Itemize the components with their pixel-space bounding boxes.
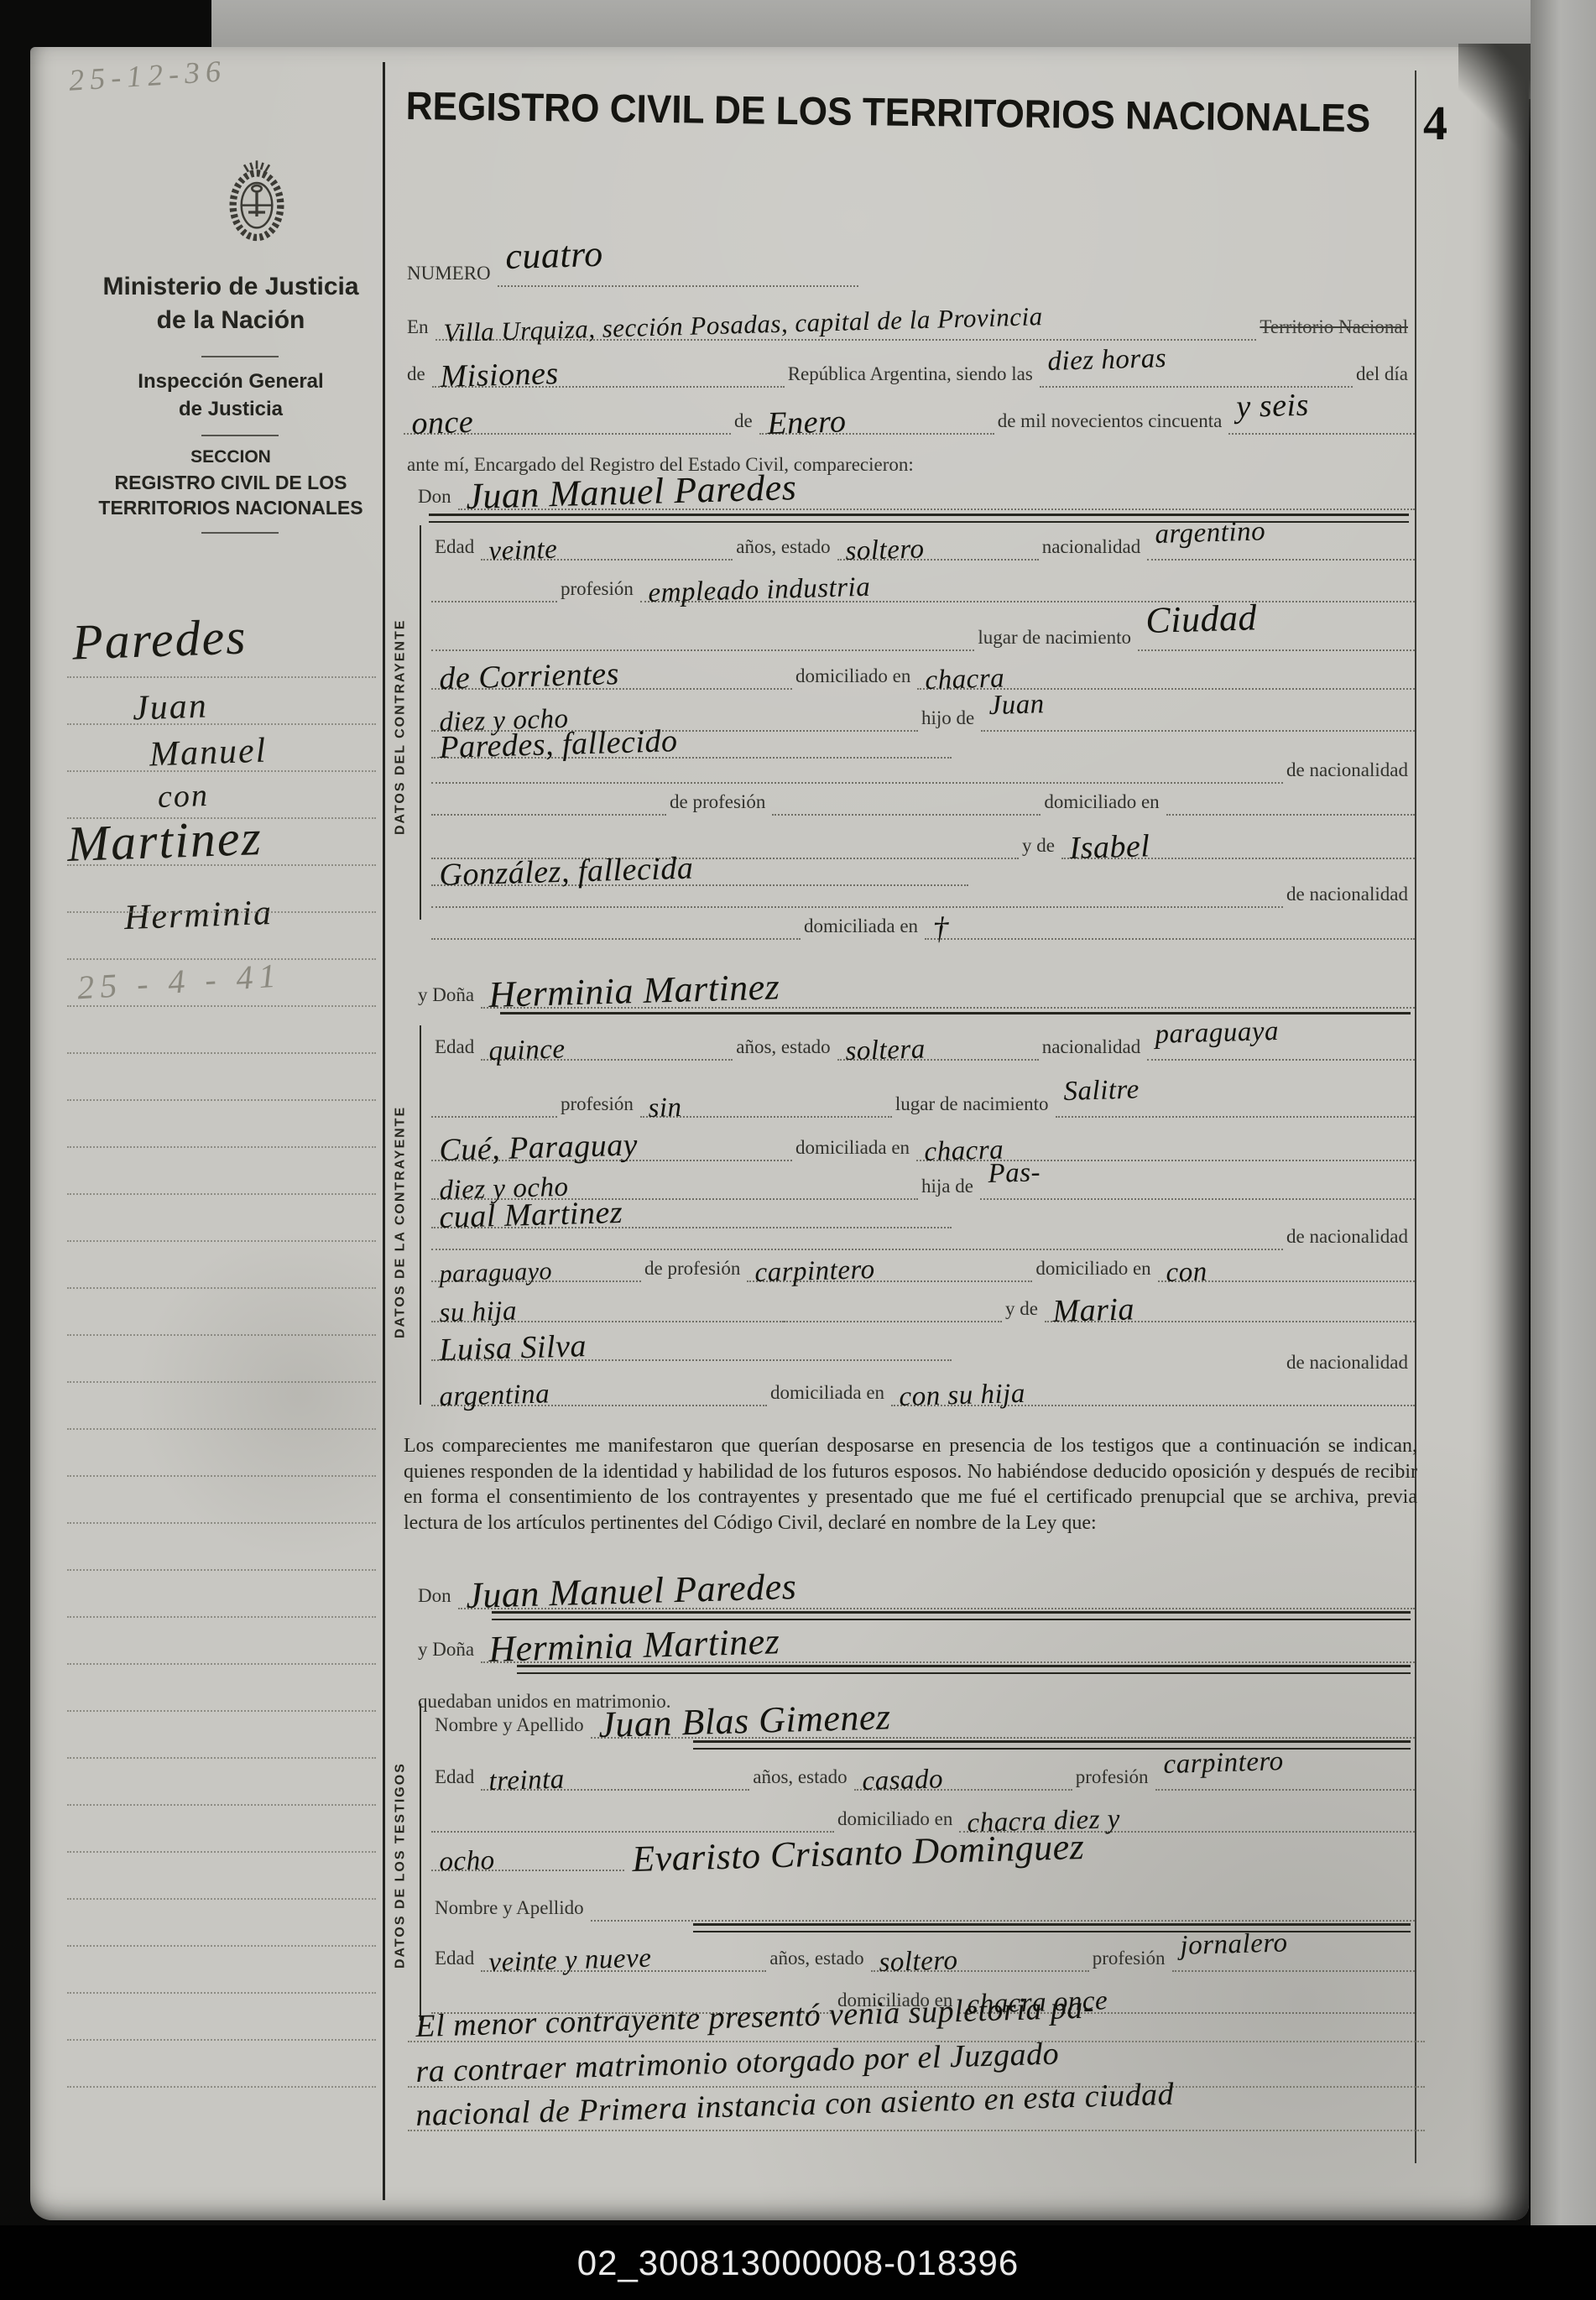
handwritten-value: cuatro bbox=[504, 236, 602, 275]
printed-label: y Doña bbox=[415, 1639, 481, 1663]
dotted-underline: Misiones bbox=[432, 386, 785, 388]
dotted-underline: con su hija bbox=[891, 1405, 1415, 1406]
margin-ruled-line bbox=[67, 1052, 376, 1054]
dotted-underline: soltero bbox=[837, 559, 1039, 561]
field-row-witness2-edad: Edad veinte y nueve años, estado soltero… bbox=[431, 1933, 1415, 1972]
printed-label: Edad bbox=[431, 1948, 481, 1972]
margin-ruled-line bbox=[67, 1804, 376, 1806]
handwritten-value: † bbox=[932, 912, 950, 945]
handwritten-note: El menor contrayente presentó venia supl… bbox=[415, 1991, 1094, 2042]
section-label-groom: DATOS DEL CONTRAYENTE bbox=[388, 550, 413, 903]
ministry-line2: de la Nación bbox=[79, 304, 383, 337]
margin-index-name-groom-2: Manuel bbox=[149, 733, 268, 773]
printed-label: Nombre y Apellido bbox=[431, 1897, 591, 1922]
printed-label: Nombre y Apellido bbox=[431, 1714, 591, 1739]
handwritten-value: Herminia Martinez bbox=[488, 1623, 780, 1668]
dotted-underline: Juan Blas Gimenez bbox=[591, 1737, 1415, 1739]
handwritten-value: argentina bbox=[439, 1380, 550, 1411]
dotted-underline: carpintero bbox=[1155, 1789, 1415, 1791]
margin-ruled-line bbox=[67, 1475, 376, 1477]
dotted-underline: soltera bbox=[837, 1059, 1039, 1061]
printed-label: domiciliado en bbox=[792, 665, 917, 690]
printed-label: Don bbox=[415, 486, 458, 510]
inspeccion-title: Inspección General de Justicia bbox=[96, 368, 366, 423]
printed-label: profesión bbox=[1072, 1766, 1155, 1791]
handwritten-value: carpintero bbox=[1163, 1748, 1284, 1779]
margin-index-name-groom-1: Juan bbox=[132, 688, 208, 726]
margin-ruled-line bbox=[67, 864, 376, 866]
field-row-groom-padre-prof: de profesión domiciliado en bbox=[431, 777, 1415, 816]
field-row-bride-profesion: profesión sin lugar de nacimiento Salitr… bbox=[431, 1079, 1415, 1118]
margin-index-surname-groom: Paredes bbox=[71, 611, 248, 667]
field-row-witness2-nombre: Nombre y Apellido bbox=[431, 1883, 1415, 1922]
section-bracket bbox=[420, 1703, 421, 2021]
field-row-witness1-nombre: Nombre y Apellido Juan Blas Gimenez bbox=[431, 1700, 1415, 1739]
margin-ruled-line bbox=[67, 1146, 376, 1148]
sidebar-divider bbox=[201, 532, 279, 534]
field-row-witness1-dom: domiciliado en chacra diez y bbox=[431, 1794, 1415, 1833]
dotted-underline: argentina bbox=[431, 1405, 767, 1406]
handwritten-note: nacional de Primera instancia con asient… bbox=[415, 2078, 1175, 2131]
dotted-underline: ocho bbox=[431, 1870, 624, 1871]
handwritten-value: Juan Manuel Paredes bbox=[465, 1568, 796, 1614]
margin-index-con: con bbox=[157, 780, 209, 813]
field-row-groom-profesion: profesión empleado industria bbox=[431, 564, 1415, 602]
handwritten-value: empleado industria bbox=[648, 574, 871, 608]
dotted-underline: empleado industria bbox=[640, 601, 1415, 602]
field-row-witness1-edad: Edad treinta años, estado casado profesi… bbox=[431, 1752, 1415, 1791]
printed-label: Edad bbox=[431, 1766, 481, 1791]
field-row-witness1-dom-2: ocho Evaristo Crisanto Dominguez bbox=[431, 1833, 1415, 1871]
field-row-bride-edad: Edad quince años, estado soltera naciona… bbox=[431, 1022, 1415, 1061]
handwritten-value: treinta bbox=[488, 1765, 565, 1796]
printed-label: nacionalidad bbox=[1039, 536, 1148, 561]
handwritten-value: soltero bbox=[845, 535, 925, 566]
dotted-underline: Salitre bbox=[1056, 1116, 1415, 1118]
printed-label: Don bbox=[415, 1585, 458, 1609]
margin-ruled-line bbox=[67, 1616, 376, 1618]
dotted-underline: Villa Urquiza, sección Posadas, capital … bbox=[436, 339, 1257, 341]
field-row-lugar-acta: En Villa Urquiza, sección Posadas, capit… bbox=[404, 302, 1415, 341]
handwritten-value: jornalero bbox=[1180, 1929, 1288, 1960]
printed-label: profesión bbox=[557, 578, 640, 602]
seccion-line1: SECCION bbox=[79, 445, 383, 470]
handwritten-value: veinte bbox=[488, 536, 558, 566]
seccion-line2: REGISTRO CIVIL DE LOS bbox=[79, 470, 383, 495]
margin-ruled-line bbox=[67, 723, 376, 725]
printed-label: de bbox=[404, 363, 432, 388]
dotted-underline bbox=[431, 938, 801, 940]
dotted-underline: once bbox=[404, 433, 731, 435]
field-row-groom-madre-dom: domiciliada en † bbox=[431, 901, 1415, 940]
register-page: 25-12-36 Ministerio de Justicia de la Na… bbox=[30, 47, 1529, 2220]
handwritten-value: Misiones bbox=[440, 357, 559, 393]
margin-ruled-line bbox=[67, 1522, 376, 1524]
printed-label: Edad bbox=[431, 536, 481, 561]
form-right-rule bbox=[1415, 70, 1416, 2163]
handwritten-value: y seis bbox=[1236, 389, 1309, 423]
handwritten-value: once bbox=[411, 406, 474, 440]
margin-ruled-line bbox=[67, 2039, 376, 2041]
dotted-underline: Herminia Martinez bbox=[481, 1661, 1415, 1663]
handwritten-value: soltero bbox=[879, 1947, 958, 1977]
marginal-note-line: nacional de Primera instancia con asient… bbox=[408, 2084, 1425, 2131]
margin-ruled-line bbox=[67, 1381, 376, 1383]
handwritten-value: Pas- bbox=[988, 1159, 1041, 1188]
field-row-declaration-don: Don Juan Manuel Paredes bbox=[415, 1571, 1415, 1609]
handwritten-value: quince bbox=[488, 1035, 566, 1066]
dotted-underline: sin bbox=[640, 1116, 892, 1118]
handwritten-value: Evaristo Crisanto Dominguez bbox=[632, 1828, 1085, 1878]
dotted-underline: carpintero bbox=[747, 1280, 1032, 1282]
double-rule bbox=[693, 1740, 1411, 1750]
field-row-bride-padre-prof: paraguayo de profesión carpintero domici… bbox=[431, 1244, 1415, 1282]
margin-ruled-line bbox=[67, 1992, 376, 1994]
printed-label-struck: Territorio Nacional bbox=[1256, 316, 1415, 341]
handwritten-value: diez horas bbox=[1047, 345, 1166, 376]
printed-label: de mil novecientos cincuenta bbox=[994, 410, 1229, 435]
margin-ruled-line bbox=[67, 1428, 376, 1430]
single-rule bbox=[500, 1012, 1411, 1014]
dotted-underline bbox=[431, 814, 666, 816]
margin-ruled-line bbox=[67, 1099, 376, 1101]
margin-ruled-line bbox=[67, 1287, 376, 1289]
margin-ruled-line bbox=[67, 1710, 376, 1712]
sidebar-form-divider bbox=[383, 62, 385, 2200]
field-row-fecha: once de Enero de mil novecientos cincuen… bbox=[404, 396, 1415, 435]
double-rule bbox=[492, 1611, 1411, 1620]
dotted-underline bbox=[591, 1920, 1415, 1922]
inspeccion-line2: de Justicia bbox=[96, 395, 366, 423]
field-row-bride-domicilio: Cué, Paraguay domiciliada en chacra bbox=[431, 1123, 1415, 1161]
dotted-underline bbox=[772, 814, 1041, 816]
pencil-date-top: 25-12-36 bbox=[68, 55, 227, 95]
dotted-underline bbox=[1166, 814, 1415, 816]
dotted-underline: treinta bbox=[481, 1789, 749, 1791]
dotted-underline: cuatro bbox=[498, 285, 858, 287]
margin-index-name-bride: Herminia bbox=[123, 895, 273, 936]
margin-ruled-line bbox=[67, 1757, 376, 1759]
sidebar-divider bbox=[201, 356, 279, 357]
printed-label: profesión bbox=[1089, 1948, 1172, 1972]
section-label-witnesses: DATOS DE LOS TESTIGOS bbox=[388, 1718, 413, 2012]
section-label-bride: DATOS DE LA CONTRAYENTE bbox=[388, 1041, 413, 1402]
field-row-territorio-hora: de Misiones República Argentina, siendo … bbox=[404, 349, 1415, 388]
printed-label: En bbox=[404, 316, 436, 341]
dotted-underline: † bbox=[925, 938, 1415, 940]
handwritten-value: paraguayo bbox=[439, 1259, 552, 1287]
handwritten-value: argentino bbox=[1155, 518, 1265, 549]
margin-ruled-line bbox=[67, 911, 376, 913]
page-title: REGISTRO CIVIL DE LOS TERRITORIOS NACION… bbox=[405, 86, 1370, 138]
legal-paragraph: Los comparecientes me manifestaron que q… bbox=[404, 1433, 1417, 1536]
printed-label: lugar de nacimiento bbox=[974, 627, 1138, 651]
folio-number: 4 bbox=[1423, 99, 1447, 148]
dotted-underline: chacra bbox=[917, 688, 1415, 690]
handwritten-value: Enero bbox=[767, 405, 847, 440]
dotted-underline: y seis bbox=[1228, 433, 1415, 435]
handwritten-value: soltera bbox=[845, 1035, 926, 1066]
printed-label: NUMERO bbox=[404, 263, 498, 287]
field-row-dona-bride: y Doña Herminia Martinez bbox=[415, 970, 1415, 1009]
printed-label: y Doña bbox=[415, 984, 481, 1009]
printed-label: años, estado bbox=[733, 1036, 837, 1061]
printed-label: nacionalidad bbox=[1039, 1036, 1148, 1061]
printed-label: de bbox=[731, 410, 759, 435]
sidebar-divider bbox=[201, 435, 279, 436]
margin-ruled-line bbox=[67, 1663, 376, 1665]
dotted-underline: soltero bbox=[871, 1970, 1089, 1972]
field-row-bride-madre: su hija y de Maria bbox=[431, 1284, 1415, 1322]
dotted-underline bbox=[431, 1116, 557, 1118]
pencil-date-margin: 25 - 4 - 41 bbox=[76, 959, 283, 1005]
printed-label: lugar de nacimiento bbox=[892, 1093, 1056, 1118]
section-bracket bbox=[420, 1025, 421, 1405]
printed-label: profesión bbox=[557, 1093, 640, 1118]
dotted-underline: veinte bbox=[481, 559, 733, 561]
dotted-underline: con bbox=[1158, 1280, 1415, 1282]
scan-reference-number: 02_300813000008-018396 bbox=[577, 2245, 1020, 2281]
book-block-edge bbox=[1531, 0, 1596, 2232]
printed-label: domiciliado en bbox=[834, 1808, 959, 1833]
printed-label: del día bbox=[1353, 363, 1415, 388]
handwritten-value: Herminia Martinez bbox=[488, 968, 780, 1014]
handwritten-note: ra contraer matrimonio otorgado por el J… bbox=[415, 2038, 1060, 2088]
field-row-bride-madre-dom: argentina domiciliada en con su hija bbox=[431, 1368, 1415, 1406]
field-row-declaration-dona: y Doña Herminia Martinez bbox=[415, 1625, 1415, 1663]
section-bracket bbox=[420, 525, 421, 920]
field-row-groom-nacimiento: lugar de nacimiento Ciudad bbox=[431, 613, 1415, 651]
margin-ruled-line bbox=[67, 1898, 376, 1900]
seccion-title: SECCION REGISTRO CIVIL DE LOS TERRITORIO… bbox=[79, 445, 383, 520]
margin-ruled-line bbox=[67, 1193, 376, 1195]
handwritten-value: paraguaya bbox=[1155, 1018, 1279, 1049]
dotted-underline: casado bbox=[854, 1789, 1072, 1791]
handwritten-value: Villa Urquiza, sección Posadas, capital … bbox=[443, 303, 1043, 346]
field-row-groom-edad: Edad veinte años, estado soltero naciona… bbox=[431, 522, 1415, 561]
handwritten-value: de Corrientes bbox=[439, 658, 619, 695]
margin-ruled-line bbox=[67, 1005, 376, 1007]
seccion-line3: TERRITORIOS NACIONALES bbox=[79, 495, 383, 520]
dotted-underline bbox=[431, 601, 557, 602]
field-row-don-groom: Don Juan Manuel Paredes bbox=[415, 472, 1415, 510]
field-row-groom-domicilio: de Corrientes domiciliado en chacra bbox=[431, 651, 1415, 690]
margin-ruled-line bbox=[67, 1240, 376, 1242]
marginal-note-line: ra contraer matrimonio otorgado por el J… bbox=[408, 2041, 1425, 2088]
field-row-numero: NUMERO cuatro bbox=[404, 248, 1415, 287]
printed-label: domiciliada en bbox=[767, 1382, 891, 1406]
dotted-underline: paraguaya bbox=[1147, 1059, 1415, 1061]
margin-ruled-line bbox=[67, 817, 376, 819]
dotted-underline: paraguayo bbox=[431, 1280, 641, 1282]
handwritten-value: Salitre bbox=[1063, 1076, 1140, 1106]
marginal-note-line: El menor contrayente presentó venia supl… bbox=[408, 1995, 1425, 2042]
margin-ruled-line bbox=[67, 958, 376, 960]
handwritten-value: Ciudad bbox=[1145, 599, 1258, 639]
dotted-underline: quince bbox=[481, 1059, 733, 1061]
margin-ruled-line bbox=[67, 1945, 376, 1947]
printed-label: domiciliada en bbox=[792, 1137, 916, 1161]
dotted-underline: veinte y nueve bbox=[481, 1970, 766, 1972]
printed-label: años, estado bbox=[749, 1766, 853, 1791]
handwritten-value: con bbox=[1166, 1259, 1207, 1287]
ministry-title: Ministerio de Justicia de la Nación bbox=[79, 270, 383, 337]
scan-caption-bar: 02_300813000008-018396 bbox=[0, 2225, 1596, 2300]
double-rule bbox=[517, 1665, 1411, 1674]
handwritten-value: con su hija bbox=[899, 1380, 1025, 1411]
handwritten-value: ocho bbox=[439, 1847, 495, 1876]
ministry-line1: Ministerio de Justicia bbox=[79, 270, 383, 304]
printed-label: domiciliado en bbox=[1041, 791, 1166, 816]
handwritten-value: carpintero bbox=[754, 1256, 875, 1287]
margin-ruled-line bbox=[67, 676, 376, 678]
scanned-civil-registry-page: 25-12-36 Ministerio de Justicia de la Na… bbox=[0, 0, 1596, 2300]
margin-ruled-line bbox=[67, 770, 376, 772]
handwritten-value: Juan Blas Gimenez bbox=[597, 1698, 890, 1744]
dotted-underline: Juan Manuel Paredes bbox=[458, 1608, 1415, 1609]
margin-index-surname-bride: Martinez bbox=[66, 812, 263, 869]
dotted-underline: jornalero bbox=[1172, 1970, 1415, 1972]
dotted-underline: Juan Manuel Paredes bbox=[458, 509, 1415, 510]
printed-label: domiciliada en bbox=[801, 915, 925, 940]
handwritten-value: Juan Manuel Paredes bbox=[465, 469, 796, 515]
printed-label: de profesión bbox=[666, 791, 772, 816]
margin-ruled-line bbox=[67, 1334, 376, 1336]
margin-ruled-line bbox=[67, 1569, 376, 1571]
inspeccion-line1: Inspección General bbox=[96, 368, 366, 395]
dotted-underline: argentino bbox=[1147, 559, 1415, 561]
dotted-underline: Enero bbox=[759, 433, 994, 435]
handwritten-value: sin bbox=[648, 1094, 682, 1123]
double-rule bbox=[693, 1923, 1411, 1932]
handwritten-value: casado bbox=[862, 1765, 943, 1796]
margin-ruled-line bbox=[67, 1851, 376, 1853]
printed-label: años, estado bbox=[733, 536, 837, 561]
printed-label: Edad bbox=[431, 1036, 481, 1061]
printed-label: domiciliado en bbox=[1032, 1258, 1157, 1282]
handwritten-value: Juan bbox=[988, 691, 1045, 720]
dotted-underline: Herminia Martinez bbox=[481, 1007, 1415, 1009]
coat-of-arms-icon bbox=[215, 149, 299, 250]
handwritten-value: veinte y nueve bbox=[488, 1945, 652, 1977]
printed-label: República Argentina, siendo las bbox=[785, 363, 1040, 388]
printed-label: años, estado bbox=[766, 1948, 870, 1972]
dotted-underline: de Corrientes bbox=[431, 688, 792, 690]
margin-ruled-line bbox=[67, 2086, 376, 2088]
page-corner-fold bbox=[1458, 44, 1531, 170]
printed-label: y de bbox=[1002, 1298, 1045, 1322]
printed-label: de profesión bbox=[641, 1258, 747, 1282]
